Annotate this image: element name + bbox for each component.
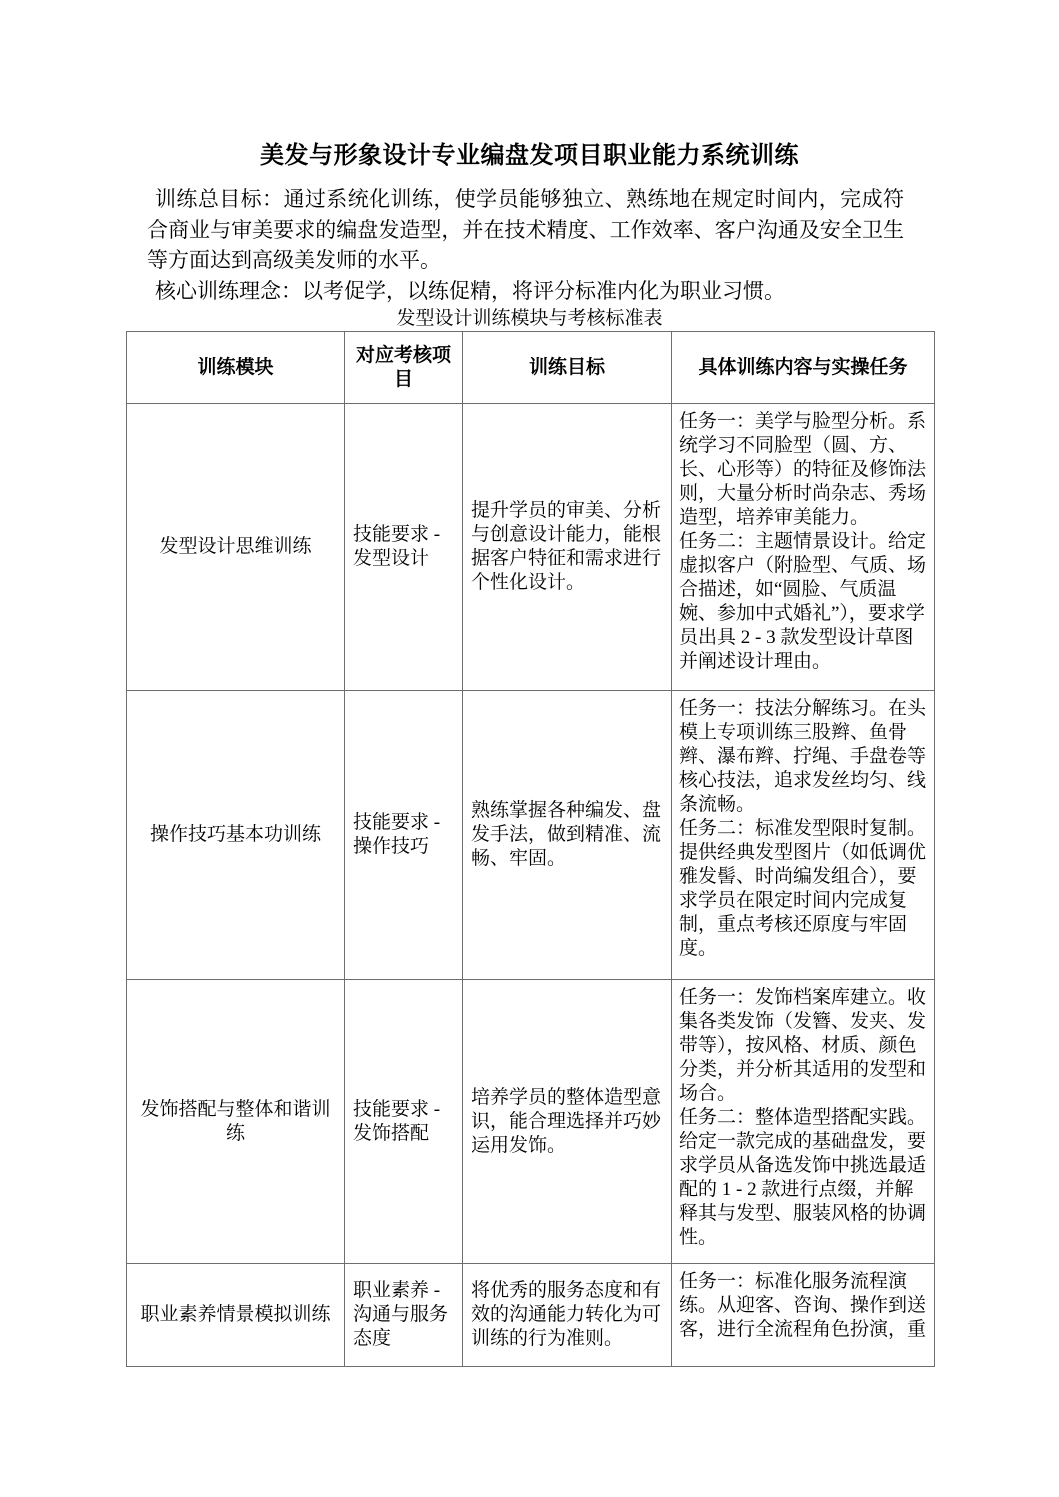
goal-cell: 培养学员的整体造型意识，能合理选择并巧妙运用发饰。 bbox=[463, 980, 672, 1264]
task-item: 任务二：主题情景设计。给定虚拟客户（附脸型、气质、场合描述，如“圆脸、气质温婉、… bbox=[679, 530, 930, 674]
intro-text-block: 训练总目标：通过系统化训练，使学员能够独立、熟练地在规定时间内，完成符合商业与审… bbox=[147, 184, 904, 306]
overall-goal-paragraph: 训练总目标：通过系统化训练，使学员能够独立、熟练地在规定时间内，完成符合商业与审… bbox=[147, 184, 904, 276]
assessment-cell: 技能要求 - 操作技巧 bbox=[345, 691, 463, 980]
module-cell: 职业素养情景模拟训练 bbox=[127, 1264, 345, 1367]
core-concept-paragraph: 核心训练理念：以考促学，以练促精，将评分标准内化为职业习惯。 bbox=[147, 276, 904, 307]
task-item: 任务一：技法分解练习。在头模上专项训练三股辫、鱼骨辫、瀑布辫、拧绳、手盘卷等核心… bbox=[679, 697, 930, 817]
header-assessment-item: 对应考核项目 bbox=[345, 332, 463, 404]
tasks-cell: 任务一：技法分解练习。在头模上专项训练三股辫、鱼骨辫、瀑布辫、拧绳、手盘卷等核心… bbox=[672, 691, 935, 980]
tasks-cell: 任务一：发饰档案库建立。收集各类发饰（发簪、发夹、发带等），按风格、材质、颜色分… bbox=[672, 980, 935, 1264]
goal-cell: 熟练掌握各种编发、盘发手法，做到精准、流畅、牢固。 bbox=[463, 691, 672, 980]
header-tasks: 具体训练内容与实操任务 bbox=[672, 332, 935, 404]
table-caption: 发型设计训练模块与考核标准表 bbox=[0, 308, 1059, 329]
table-row: 发饰搭配与整体和谐训练 技能要求 - 发饰搭配 培养学员的整体造型意识，能合理选… bbox=[127, 980, 935, 1264]
goal-cell: 将优秀的服务态度和有效的沟通能力转化为可训练的行为准则。 bbox=[463, 1264, 672, 1367]
table-row: 操作技巧基本功训练 技能要求 - 操作技巧 熟练掌握各种编发、盘发手法，做到精准… bbox=[127, 691, 935, 980]
table-row: 职业素养情景模拟训练 职业素养 - 沟通与服务态度 将优秀的服务态度和有效的沟通… bbox=[127, 1264, 935, 1367]
goal-cell: 提升学员的审美、分析与创意设计能力，能根据客户特征和需求进行个性化设计。 bbox=[463, 404, 672, 691]
table-row: 发型设计思维训练 技能要求 - 发型设计 提升学员的审美、分析与创意设计能力，能… bbox=[127, 404, 935, 691]
header-training-goal: 训练目标 bbox=[463, 332, 672, 404]
training-standards-table: 训练模块 对应考核项目 训练目标 具体训练内容与实操任务 发型设计思维训练 技能… bbox=[126, 331, 935, 1367]
table-header-row: 训练模块 对应考核项目 训练目标 具体训练内容与实操任务 bbox=[127, 332, 935, 404]
module-cell: 发型设计思维训练 bbox=[127, 404, 345, 691]
document-title: 美发与形象设计专业编盘发项目职业能力系统训练 bbox=[0, 140, 1059, 172]
task-item: 任务二：整体造型搭配实践。给定一款完成的基础盘发，要求学员从备选发饰中挑选最适配… bbox=[679, 1106, 930, 1250]
tasks-cell: 任务一：标准化服务流程演练。从迎客、咨询、操作到送客，进行全流程角色扮演，重 bbox=[672, 1264, 935, 1367]
task-item: 任务二：标准发型限时复制。提供经典发型图片（如低调优雅发髻、时尚编发组合），要求… bbox=[679, 817, 930, 961]
assessment-cell: 职业素养 - 沟通与服务态度 bbox=[345, 1264, 463, 1367]
tasks-cell: 任务一：美学与脸型分析。系统学习不同脸型（圆、方、长、心形等）的特征及修饰法则，… bbox=[672, 404, 935, 691]
document-page: 美发与形象设计专业编盘发项目职业能力系统训练 训练总目标：通过系统化训练，使学员… bbox=[0, 0, 1059, 1497]
header-module: 训练模块 bbox=[127, 332, 345, 404]
task-item: 任务一：美学与脸型分析。系统学习不同脸型（圆、方、长、心形等）的特征及修饰法则，… bbox=[679, 410, 930, 530]
task-item: 任务一：发饰档案库建立。收集各类发饰（发簪、发夹、发带等），按风格、材质、颜色分… bbox=[679, 986, 930, 1106]
assessment-cell: 技能要求 - 发型设计 bbox=[345, 404, 463, 691]
module-cell: 操作技巧基本功训练 bbox=[127, 691, 345, 980]
task-item: 任务一：标准化服务流程演练。从迎客、咨询、操作到送客，进行全流程角色扮演，重 bbox=[679, 1270, 930, 1342]
assessment-cell: 技能要求 - 发饰搭配 bbox=[345, 980, 463, 1264]
module-cell: 发饰搭配与整体和谐训练 bbox=[127, 980, 345, 1264]
